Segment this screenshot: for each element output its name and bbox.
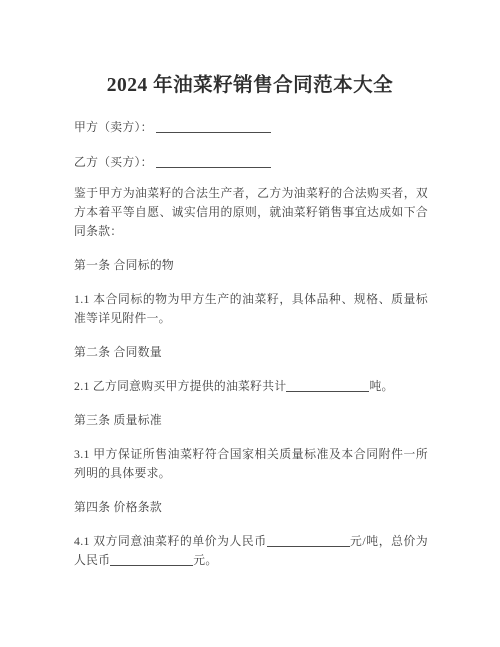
- clause-2-1-text-post: 吨。: [369, 379, 393, 393]
- clause-2-1: 2.1 乙方同意购买甲方提供的油菜籽共计吨。: [74, 377, 428, 396]
- section-4-heading: 第四条 价格条款: [74, 498, 428, 517]
- clause-1-1: 1.1 本合同标的物为甲方生产的油菜籽，具体品种、规格、质量标准等详见附件一。: [74, 290, 428, 328]
- document-title: 2024 年油菜籽销售合同范本大全: [0, 0, 500, 100]
- contract-document-page: 2024 年油菜籽销售合同范本大全 甲方（卖方）： 乙方（买方）： 鉴于甲方为油…: [0, 0, 500, 647]
- unit-price-blank-line: [267, 535, 350, 547]
- party-a-line: 甲方（卖方）：: [74, 118, 428, 137]
- quantity-blank-line: [286, 380, 369, 392]
- party-b-line: 乙方（买方）：: [74, 153, 428, 172]
- section-3-heading: 第三条 质量标准: [74, 411, 428, 430]
- clause-4-1: 4.1 双方同意油菜籽的单价为人民币元/吨，总价为人民币元。: [74, 532, 428, 570]
- party-b-blank-line: [156, 156, 271, 168]
- party-b-label: 乙方（买方）：: [74, 155, 153, 169]
- clause-3-1: 3.1 甲方保证所售油菜籽符合国家相关质量标准及本合同附件一所列明的具体要求。: [74, 445, 428, 483]
- total-price-blank-line: [110, 554, 193, 566]
- contract-body: 甲方（卖方）： 乙方（买方）： 鉴于甲方为油菜籽的合法生产者，乙方为油菜籽的合法…: [74, 118, 428, 570]
- section-2-heading: 第二条 合同数量: [74, 343, 428, 362]
- clause-4-1-text-seg3: 元。: [193, 553, 217, 567]
- preamble-paragraph: 鉴于甲方为油菜籽的合法生产者，乙方为油菜籽的合法购买者，双方本着平等自愿、诚实信…: [74, 184, 428, 241]
- party-a-label: 甲方（卖方）：: [74, 120, 153, 134]
- clause-2-1-text-pre: 2.1 乙方同意购买甲方提供的油菜籽共计: [74, 379, 286, 393]
- party-a-blank-line: [156, 121, 271, 133]
- clause-4-1-text-seg1: 4.1 双方同意油菜籽的单价为人民币: [74, 534, 267, 548]
- section-1-heading: 第一条 合同标的物: [74, 256, 428, 275]
